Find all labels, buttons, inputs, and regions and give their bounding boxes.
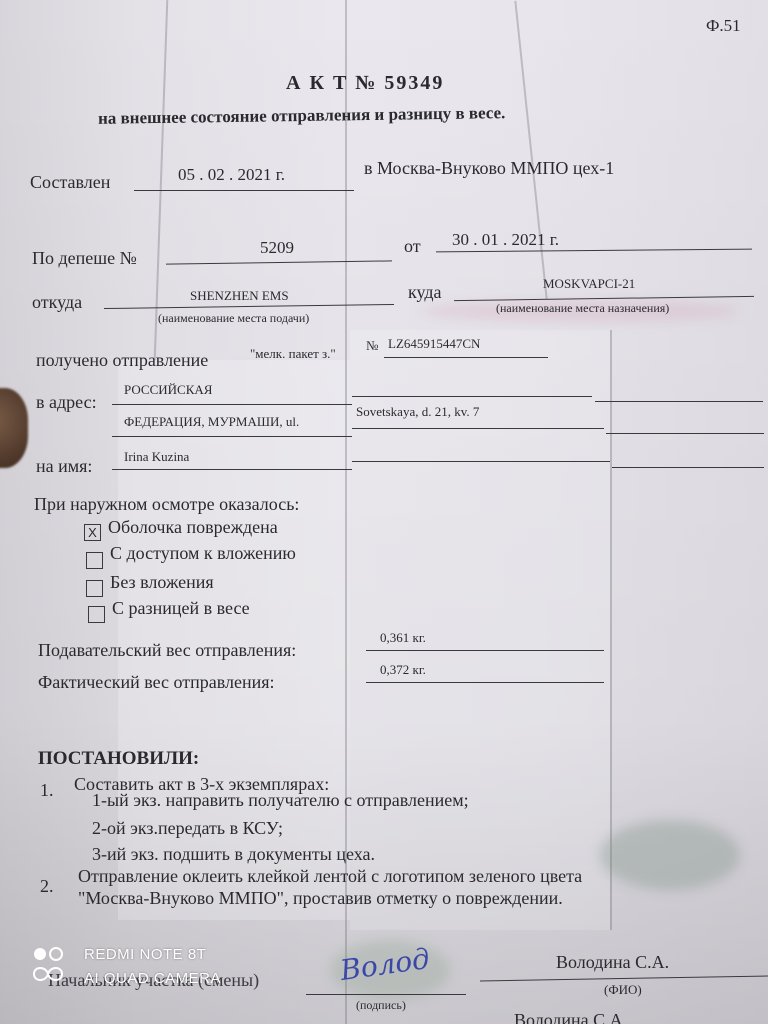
received-label: получено отправление bbox=[36, 350, 208, 371]
field-underline bbox=[112, 469, 352, 470]
option-shell-damaged: Оболочка повреждена bbox=[108, 517, 278, 538]
address-label: в адрес: bbox=[36, 392, 97, 413]
declared-weight-value: 0,361 кг. bbox=[380, 630, 426, 646]
option-weight-difference: С разницей в весе bbox=[112, 598, 250, 619]
resolution-subitem: 3-ий экз. подшить в документы цеха. bbox=[92, 844, 375, 865]
origin-label: откуда bbox=[32, 292, 82, 313]
origin-value: SHENZHEN EMS bbox=[190, 288, 289, 304]
address-line-2b: Sovetskaya, d. 21, kv. 7 bbox=[356, 404, 479, 420]
stain bbox=[600, 820, 740, 890]
resolution-number: 2. bbox=[40, 876, 54, 897]
field-underline bbox=[595, 401, 763, 402]
resolution-number: 1. bbox=[40, 780, 54, 801]
destination-label: куда bbox=[408, 282, 442, 303]
destination-caption: (наименование места назначения) bbox=[496, 301, 669, 316]
actual-weight-label: Фактический вес отправления: bbox=[38, 672, 275, 693]
resolution-item: Отправление оклеить клейкой лентой с лог… bbox=[78, 866, 582, 887]
form-number: Ф.51 bbox=[706, 16, 741, 36]
field-underline bbox=[606, 433, 764, 434]
signature-caption: (подпись) bbox=[356, 998, 406, 1013]
option-access-to-contents: С доступом к вложению bbox=[110, 543, 296, 564]
tracking-number: LZ645915447CN bbox=[388, 336, 480, 352]
field-underline bbox=[384, 357, 548, 358]
camera-watermark-icon bbox=[32, 946, 72, 986]
inspection-label: При наружном осмотре оказалось: bbox=[34, 494, 299, 515]
finger-shadow bbox=[0, 388, 28, 468]
act-subtitle: на внешнее состояние отправления и разни… bbox=[98, 103, 506, 129]
resolution-heading: ПОСТАНОВИЛИ: bbox=[38, 748, 199, 770]
paper-crease bbox=[514, 1, 547, 300]
name-caption: (ФИО) bbox=[604, 982, 642, 998]
resolution-subitem: 1-ый экз. направить получателю с отправл… bbox=[92, 790, 469, 811]
tracking-no-label: № bbox=[366, 338, 378, 354]
resolution-item-continued: "Москва-Внуково ММПО", проставив отметку… bbox=[78, 888, 563, 909]
composed-location: в Москва-Внуково ММПО цех-1 bbox=[364, 158, 614, 179]
camera-tagline: AI QUAD CAMERA bbox=[84, 970, 221, 987]
dispatch-from-label: от bbox=[404, 236, 421, 257]
option-no-contents: Без вложения bbox=[110, 572, 214, 593]
document-photo: Ф.51 А К Т № 59349 на внешнее состояние … bbox=[0, 0, 768, 1024]
composed-date: 05 . 02 . 2021 г. bbox=[178, 165, 285, 185]
field-underline bbox=[612, 467, 764, 468]
address-line-2a: ФЕДЕРАЦИЯ, МУРМАШИ, ul. bbox=[124, 414, 299, 430]
signature-underline bbox=[306, 994, 466, 995]
field-underline bbox=[104, 304, 394, 309]
field-underline bbox=[366, 682, 604, 683]
field-underline bbox=[352, 428, 604, 429]
composed-label: Составлен bbox=[30, 172, 110, 193]
recipient-name: Irina Kuzina bbox=[124, 449, 189, 465]
field-underline bbox=[134, 190, 354, 191]
checkbox-access-to-contents[interactable] bbox=[86, 552, 103, 569]
declared-weight-label: Подавательский вес отправления: bbox=[38, 640, 296, 661]
dispatch-label: По депеше № bbox=[32, 248, 137, 269]
resolution-subitem: 2-ой экз.передать в КСУ; bbox=[92, 818, 283, 839]
field-underline bbox=[366, 650, 604, 651]
origin-caption: (наименование места подачи) bbox=[158, 311, 309, 326]
paper-crease bbox=[154, 0, 169, 360]
camera-model: REDMI NOTE 8T bbox=[84, 946, 206, 963]
dispatch-date: 30 . 01 . 2021 г. bbox=[452, 230, 559, 250]
actual-weight-value: 0,372 кг. bbox=[380, 662, 426, 678]
field-underline bbox=[112, 436, 352, 437]
field-underline bbox=[352, 461, 610, 462]
field-underline bbox=[166, 260, 392, 264]
recipient-label: на имя: bbox=[36, 456, 92, 477]
dispatch-number: 5209 bbox=[260, 238, 294, 258]
field-underline bbox=[112, 404, 352, 405]
destination-value: MOSKVAPCI-21 bbox=[543, 276, 635, 292]
checkbox-weight-difference[interactable] bbox=[88, 606, 105, 623]
act-title: А К Т № 59349 bbox=[286, 72, 444, 95]
checkbox-shell-damaged[interactable]: X bbox=[84, 524, 101, 541]
official-name: Володина С.А. bbox=[556, 952, 669, 973]
field-underline bbox=[352, 396, 592, 397]
parcel-type: "мелк. пакет з." bbox=[250, 346, 336, 362]
name-underline bbox=[480, 975, 768, 981]
official-name-repeat: Володина С.А. bbox=[514, 1010, 627, 1024]
checkbox-no-contents[interactable] bbox=[86, 580, 103, 597]
address-line-1: РОССИЙСКАЯ bbox=[124, 382, 212, 398]
